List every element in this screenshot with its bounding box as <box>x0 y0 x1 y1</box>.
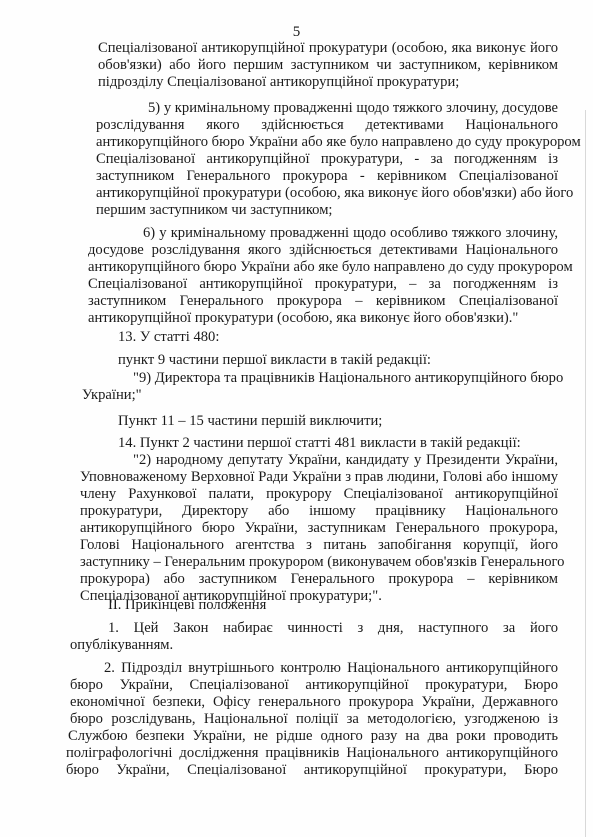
text-line: пункт 9 частини першої викласти в такій … <box>118 352 431 369</box>
text-line: Службою безпеки України, не рідше одного… <box>68 728 558 745</box>
text-line: прокуратури, Директору або іншому праців… <box>80 503 558 520</box>
text-line: 2. Підрозділ внутрішнього контролю Націо… <box>104 660 558 677</box>
text-line: Спеціалізованої антикорупційної прокурат… <box>98 40 558 57</box>
text-line: члену Рахункової палати, прокурору Спеці… <box>80 486 558 503</box>
text-line: розслідування якого здійснюється детекти… <box>96 117 558 134</box>
text-line: 13. У статті 480: <box>118 329 219 346</box>
text-line: 6) у кримінальному провадженні щодо особ… <box>143 225 558 242</box>
text-line: II. Прикінцеві положення <box>108 597 266 614</box>
text-line: України;" <box>82 387 142 404</box>
text-line: антикорупційного бюро України або яке бу… <box>96 134 558 151</box>
text-line: антикорупційної прокуратури (особою, яка… <box>88 310 518 327</box>
text-line: бюро України, Спеціалізованої антикорупц… <box>66 762 558 779</box>
text-line: Спеціалізованої антикорупційної прокурат… <box>96 151 558 168</box>
page-number: 5 <box>0 24 593 41</box>
text-line: "9) Директора та працівників Національно… <box>133 370 558 387</box>
text-line: обов'язки) або його першим заступником ч… <box>98 57 558 74</box>
text-line: досудове розслідування якого здійснюєтьс… <box>88 242 558 259</box>
text-line: 14. Пункт 2 частини першої статті 481 ви… <box>118 435 521 452</box>
text-line: опублікуванням. <box>70 637 173 654</box>
text-line: Спеціалізованої антикорупційної прокурат… <box>88 276 558 293</box>
text-line: 5) у кримінальному провадженні щодо тяжк… <box>148 100 558 117</box>
text-line: заступником Генерального прокурора – кер… <box>88 293 558 310</box>
text-line: економічної безпеки, Офісу генерального … <box>70 694 558 711</box>
text-line: Пункт 11 – 15 частини першій виключити; <box>118 413 382 430</box>
text-line: бюро України, Спеціалізованої антикорупц… <box>70 677 558 694</box>
text-line: антикорупційної прокуратури (особою, яка… <box>96 185 558 202</box>
text-line: підрозділу Спеціалізованої антикорупційн… <box>98 74 459 91</box>
text-line: бюро розслідувань, Національної поліції … <box>70 711 558 728</box>
text-line: прокурора) або заступником Генерального … <box>80 571 558 588</box>
text-line: поліграфологічні дослідження працівників… <box>66 745 558 762</box>
text-line: першим заступником чи заступником; <box>96 202 333 219</box>
text-line: "2) народному депутату України, кандидат… <box>133 452 558 469</box>
scan-edge-line <box>585 110 586 837</box>
text-line: Уповноваженому Верховної Ради України з … <box>80 469 558 486</box>
text-line: антикорупційного бюро України або яке бу… <box>88 259 558 276</box>
text-line: заступником Генерального прокурора - кер… <box>96 168 558 185</box>
text-line: Голові Національного агентства з питань … <box>80 537 558 554</box>
text-line: заступнику – Генеральним прокурором (вик… <box>80 554 558 571</box>
document-page: 5 Спеціалізованої антикорупційної прокур… <box>0 0 593 837</box>
text-line: антикорупційного бюро України, заступник… <box>80 520 558 537</box>
text-line: 1. Цей Закон набирає чинності з дня, нас… <box>108 620 558 637</box>
